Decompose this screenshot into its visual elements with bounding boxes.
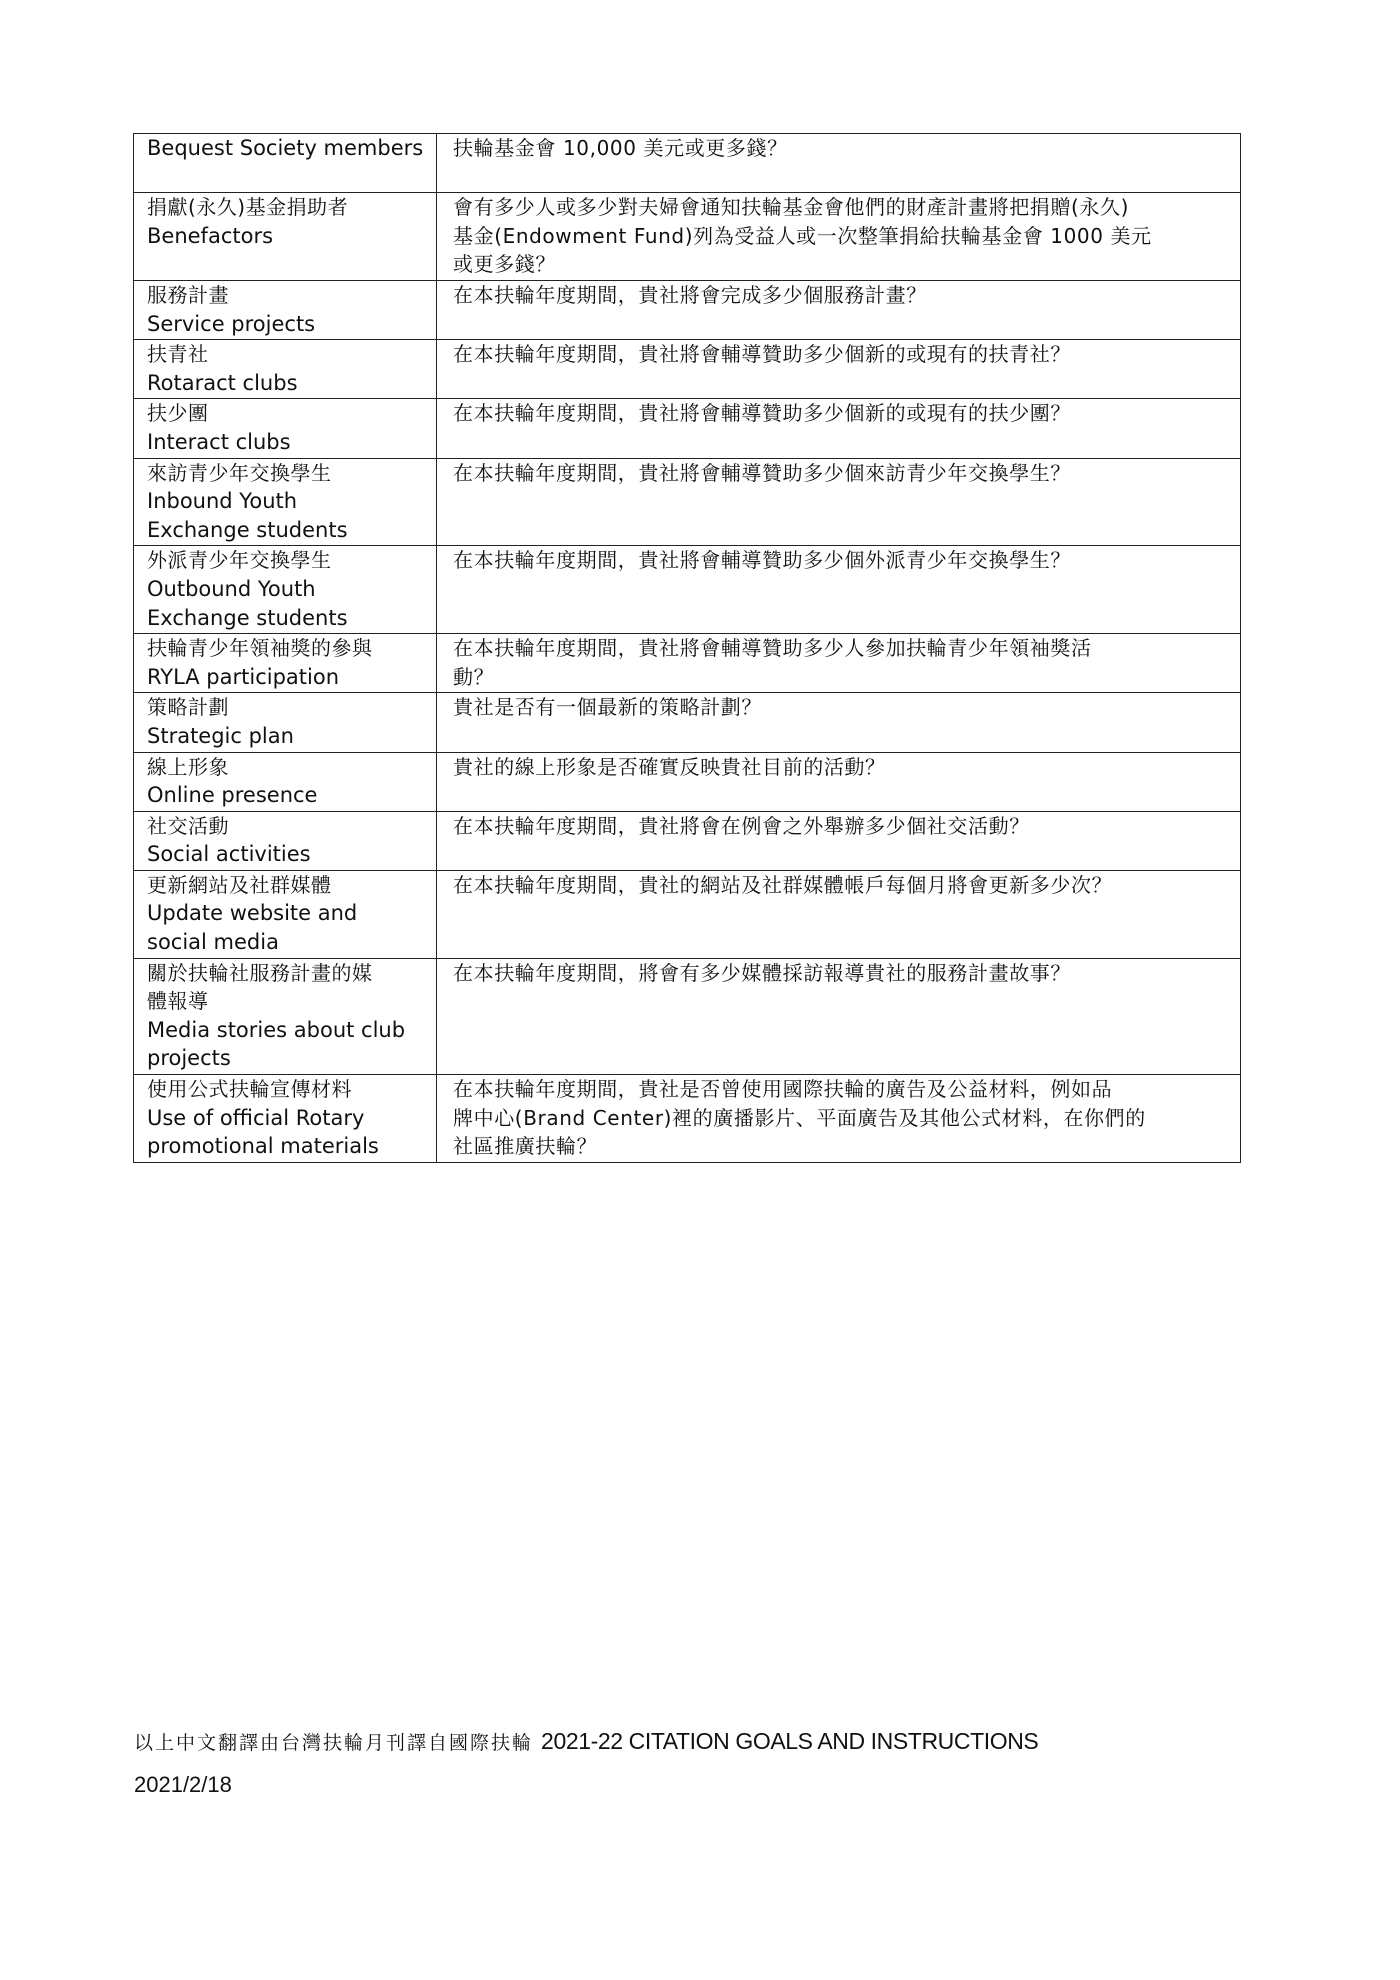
goal-question-text: 在本扶輪年度期間，將會有多少媒體採訪報導貴社的服務計畫故事？	[453, 959, 1230, 988]
table-row: 社交活動Social activities在本扶輪年度期間，貴社將會在例會之外舉…	[134, 811, 1241, 870]
goal-label-en: Service projects	[147, 310, 436, 339]
goal-label-cell: 線上形象Online presence	[134, 752, 437, 811]
goal-label-cell: 來訪青少年交換學生Inbound Youth Exchange students	[134, 458, 437, 546]
goal-label-zh: 捐獻(永久)基金捐助者	[147, 193, 436, 222]
table-row: 扶青社Rotaract clubs在本扶輪年度期間，貴社將會輔導贊助多少個新的或…	[134, 340, 1241, 399]
table-row: 策略計劃Strategic plan貴社是否有一個最新的策略計劃？	[134, 693, 1241, 752]
goal-question-cell: 在本扶輪年度期間，貴社將會輔導贊助多少個新的或現有的扶青社？	[437, 340, 1241, 399]
goal-label-en: Benefactors	[147, 222, 436, 251]
goal-label-en: Bequest Society members	[147, 134, 436, 163]
table-row: 關於扶輪社服務計畫的媒 體報導Media stories about club …	[134, 958, 1241, 1074]
goal-question-text: 在本扶輪年度期間，貴社將會在例會之外舉辦多少個社交活動？	[453, 812, 1230, 841]
goal-label-cell: 策略計劃Strategic plan	[134, 693, 437, 752]
goal-question-cell: 在本扶輪年度期間，貴社將會輔導贊助多少個來訪青少年交換學生？	[437, 458, 1241, 546]
goal-label-en: RYLA participation	[147, 663, 436, 692]
goal-label-en: Media stories about club projects	[147, 1016, 436, 1073]
goal-label-en: Outbound Youth Exchange students	[147, 575, 436, 632]
goal-question-cell: 在本扶輪年度期間，貴社將會在例會之外舉辦多少個社交活動？	[437, 811, 1241, 870]
goal-label-zh: 扶輪青少年領袖獎的參與	[147, 634, 436, 663]
goal-label-cell: 扶少團Interact clubs	[134, 399, 437, 458]
goal-question-text: 在本扶輪年度期間，貴社是否曾使用國際扶輪的廣告及公益材料，例如品 牌中心(Bra…	[453, 1075, 1230, 1161]
goal-label-cell: 更新網站及社群媒體Update website and social media	[134, 870, 437, 958]
table-row: 來訪青少年交換學生Inbound Youth Exchange students…	[134, 458, 1241, 546]
goal-label-en: Rotaract clubs	[147, 369, 436, 398]
table-row: 更新網站及社群媒體Update website and social media…	[134, 870, 1241, 958]
goal-label-cell: 服務計畫Service projects	[134, 280, 437, 339]
goal-label-en: Inbound Youth Exchange students	[147, 487, 436, 544]
goal-label-en: Strategic plan	[147, 722, 436, 751]
goal-label-en: Update website and social media	[147, 899, 436, 956]
goal-question-text: 在本扶輪年度期間，貴社的網站及社群媒體帳戶每個月將會更新多少次？	[453, 871, 1230, 900]
table-row: 捐獻(永久)基金捐助者Benefactors會有多少人或多少對夫婦會通知扶輪基金…	[134, 193, 1241, 281]
goal-label-cell: 捐獻(永久)基金捐助者Benefactors	[134, 193, 437, 281]
table-row: 扶輪青少年領袖獎的參與RYLA participation在本扶輪年度期間，貴社…	[134, 634, 1241, 693]
goal-question-text: 貴社是否有一個最新的策略計劃？	[453, 693, 1230, 722]
goal-question-text: 會有多少人或多少對夫婦會通知扶輪基金會他們的財產計畫將把捐贈(永久) 基金(En…	[453, 193, 1230, 279]
goal-question-cell: 在本扶輪年度期間，將會有多少媒體採訪報導貴社的服務計畫故事？	[437, 958, 1241, 1074]
goal-question-cell: 在本扶輪年度期間，貴社將會輔導贊助多少個新的或現有的扶少團？	[437, 399, 1241, 458]
goal-label-zh: 扶青社	[147, 340, 436, 369]
translation-credit-zh: 以上中文翻譯由台灣扶輪月刊譯自國際扶輪	[134, 1732, 541, 1754]
translation-credit: 以上中文翻譯由台灣扶輪月刊譯自國際扶輪 2021-22 CITATION GOA…	[134, 1720, 1284, 1764]
table-row: 外派青少年交換學生Outbound Youth Exchange student…	[134, 546, 1241, 634]
goal-question-cell: 在本扶輪年度期間，貴社是否曾使用國際扶輪的廣告及公益材料，例如品 牌中心(Bra…	[437, 1075, 1241, 1163]
goals-table-body: Bequest Society members扶輪基金會 10,000 美元或更…	[134, 134, 1241, 1163]
goal-question-text: 在本扶輪年度期間，貴社將會輔導贊助多少個外派青少年交換學生？	[453, 546, 1230, 575]
goal-question-text: 在本扶輪年度期間，貴社將會輔導贊助多少個來訪青少年交換學生？	[453, 459, 1230, 488]
goal-label-cell: 使用公式扶輪宣傳材料Use of official Rotary promoti…	[134, 1075, 437, 1163]
goal-question-cell: 在本扶輪年度期間，貴社的網站及社群媒體帳戶每個月將會更新多少次？	[437, 870, 1241, 958]
goal-question-cell: 扶輪基金會 10,000 美元或更多錢？	[437, 134, 1241, 193]
goal-label-zh: 更新網站及社群媒體	[147, 871, 436, 900]
table-row: 使用公式扶輪宣傳材料Use of official Rotary promoti…	[134, 1075, 1241, 1163]
goal-label-zh: 使用公式扶輪宣傳材料	[147, 1075, 436, 1104]
citation-goals-table: Bequest Society members扶輪基金會 10,000 美元或更…	[133, 133, 1241, 1163]
goal-label-cell: 社交活動Social activities	[134, 811, 437, 870]
goal-question-text: 在本扶輪年度期間，貴社將會輔導贊助多少人參加扶輪青少年領袖獎活 動？	[453, 634, 1230, 691]
goal-question-cell: 貴社的線上形象是否確實反映貴社目前的活動？	[437, 752, 1241, 811]
goal-question-cell: 在本扶輪年度期間，貴社將會完成多少個服務計畫？	[437, 280, 1241, 339]
goal-label-cell: 外派青少年交換學生Outbound Youth Exchange student…	[134, 546, 437, 634]
goal-label-cell: Bequest Society members	[134, 134, 437, 193]
goal-question-cell: 會有多少人或多少對夫婦會通知扶輪基金會他們的財產計畫將把捐贈(永久) 基金(En…	[437, 193, 1241, 281]
document-date: 2021/2/18	[134, 1764, 1284, 1806]
goal-question-text: 在本扶輪年度期間，貴社將會完成多少個服務計畫？	[453, 281, 1230, 310]
goal-label-zh: 來訪青少年交換學生	[147, 459, 436, 488]
goal-question-text: 貴社的線上形象是否確實反映貴社目前的活動？	[453, 753, 1230, 782]
goal-label-zh: 關於扶輪社服務計畫的媒 體報導	[147, 959, 436, 1016]
goal-label-zh: 策略計劃	[147, 693, 436, 722]
goal-label-cell: 扶青社Rotaract clubs	[134, 340, 437, 399]
goal-question-cell: 在本扶輪年度期間，貴社將會輔導贊助多少人參加扶輪青少年領袖獎活 動？	[437, 634, 1241, 693]
goal-question-cell: 在本扶輪年度期間，貴社將會輔導贊助多少個外派青少年交換學生？	[437, 546, 1241, 634]
goal-question-text: 在本扶輪年度期間，貴社將會輔導贊助多少個新的或現有的扶青社？	[453, 340, 1230, 369]
goal-question-cell: 貴社是否有一個最新的策略計劃？	[437, 693, 1241, 752]
goal-label-zh: 扶少團	[147, 399, 436, 428]
document-footer: 以上中文翻譯由台灣扶輪月刊譯自國際扶輪 2021-22 CITATION GOA…	[134, 1720, 1284, 1806]
table-row: 線上形象Online presence貴社的線上形象是否確實反映貴社目前的活動？	[134, 752, 1241, 811]
goal-question-text: 在本扶輪年度期間，貴社將會輔導贊助多少個新的或現有的扶少團？	[453, 399, 1230, 428]
goal-label-en: Use of official Rotary promotional mater…	[147, 1104, 436, 1161]
table-row: Bequest Society members扶輪基金會 10,000 美元或更…	[134, 134, 1241, 193]
goal-label-zh: 社交活動	[147, 812, 436, 841]
goal-label-en: Social activities	[147, 840, 436, 869]
table-row: 扶少團Interact clubs在本扶輪年度期間，貴社將會輔導贊助多少個新的或…	[134, 399, 1241, 458]
translation-credit-en: 2021-22 CITATION GOALS AND INSTRUCTIONS	[541, 1728, 1038, 1754]
goal-question-text: 扶輪基金會 10,000 美元或更多錢？	[453, 134, 1230, 163]
goal-label-cell: 扶輪青少年領袖獎的參與RYLA participation	[134, 634, 437, 693]
goal-label-cell: 關於扶輪社服務計畫的媒 體報導Media stories about club …	[134, 958, 437, 1074]
goal-label-zh: 外派青少年交換學生	[147, 546, 436, 575]
goal-label-en: Online presence	[147, 781, 436, 810]
goal-label-zh: 服務計畫	[147, 281, 436, 310]
table-row: 服務計畫Service projects在本扶輪年度期間，貴社將會完成多少個服務…	[134, 280, 1241, 339]
goal-label-zh: 線上形象	[147, 753, 436, 782]
goal-label-en: Interact clubs	[147, 428, 436, 457]
